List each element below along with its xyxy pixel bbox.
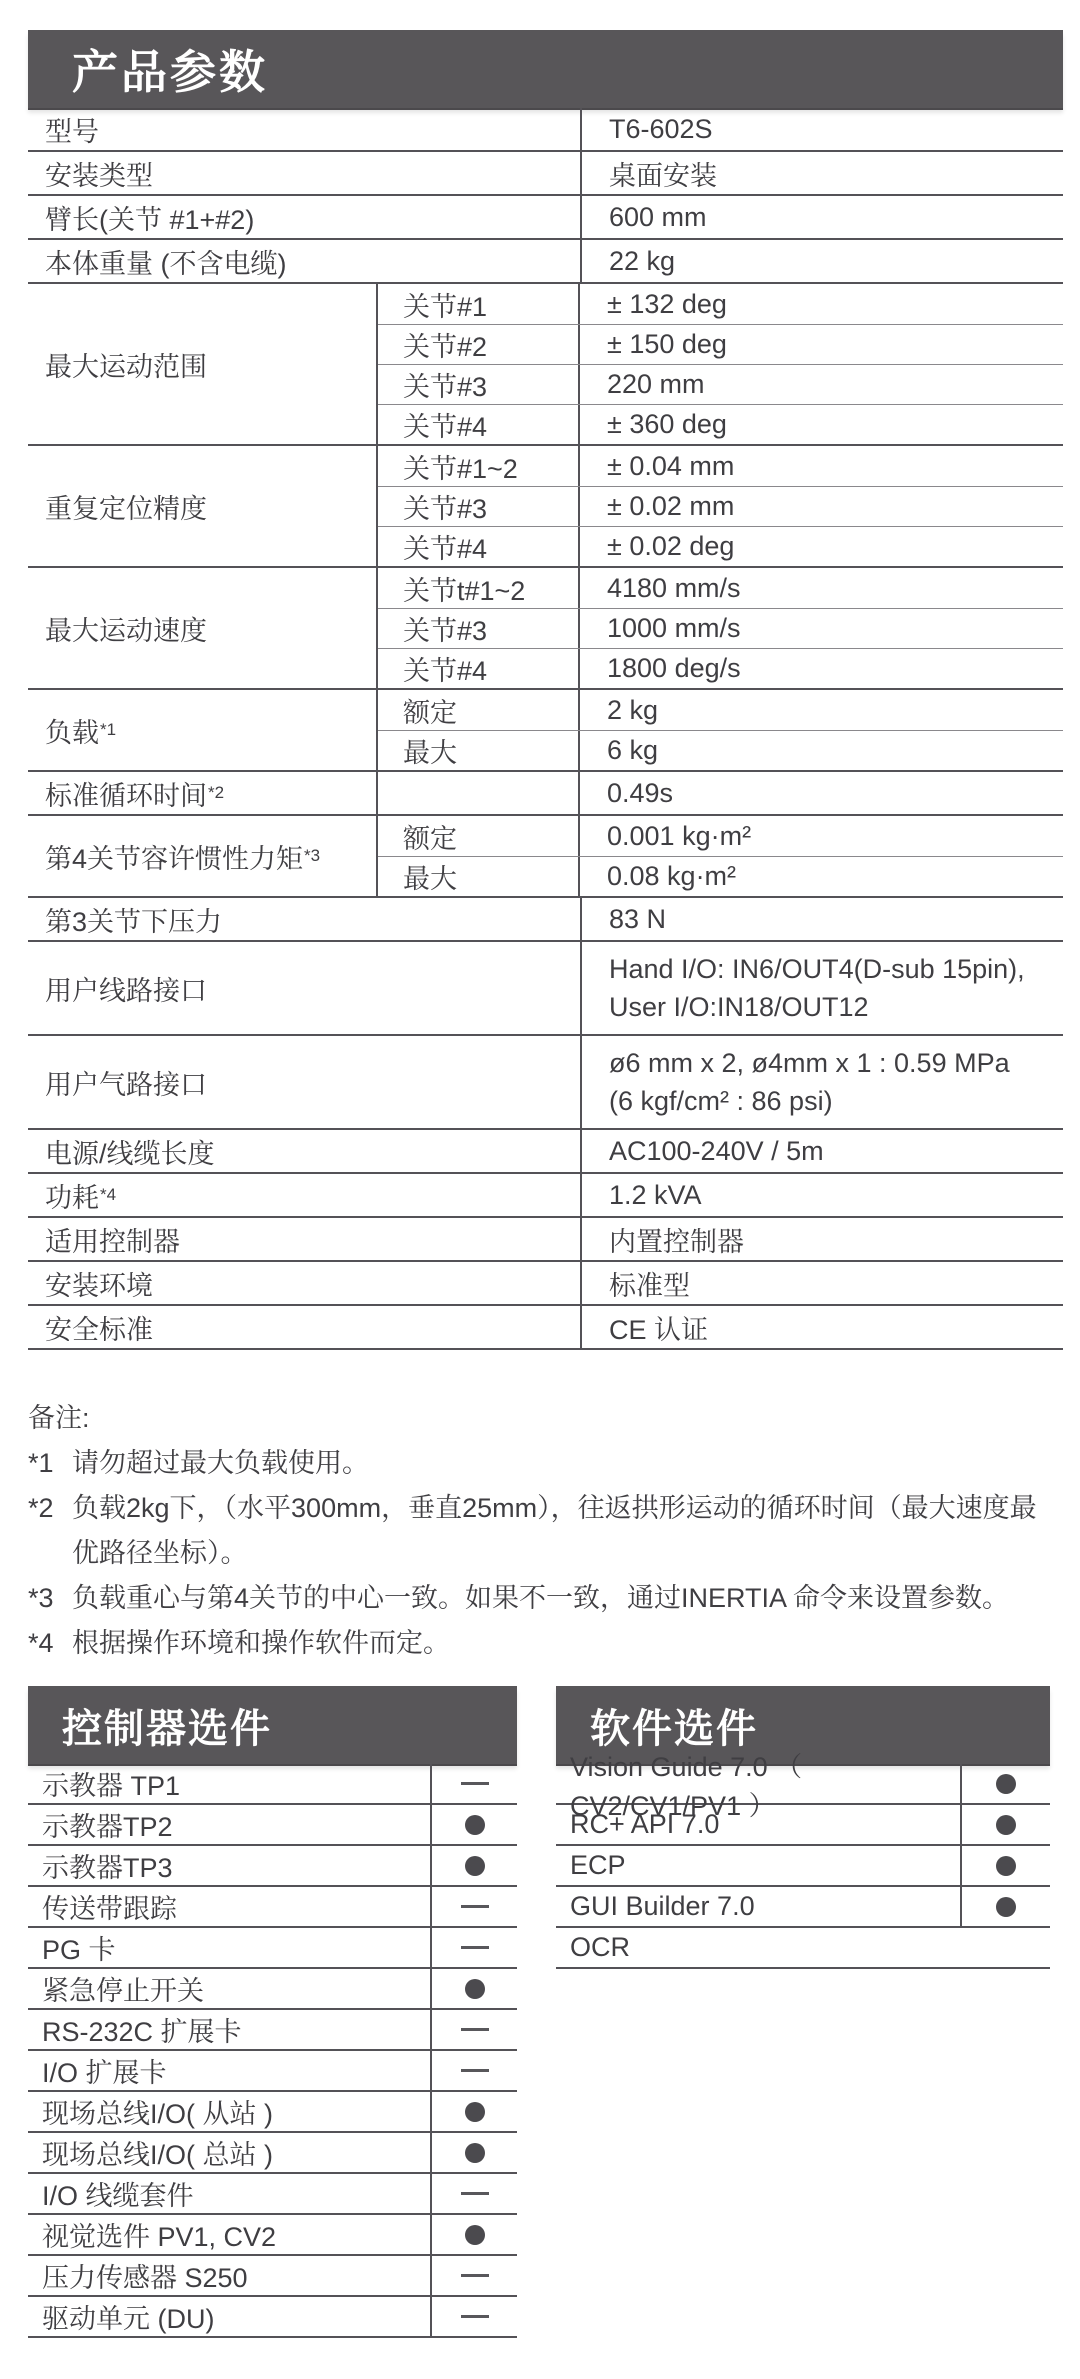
option-row: 示教器TP2 [28, 1805, 517, 1846]
spec-value: ø6 mm x 2, ø4mm x 1 : 0.59 MPa(6 kgf/cm²… [582, 1036, 1063, 1128]
spec-subrow: 额定2 kg [378, 690, 1063, 730]
spec-row: 最大运动速度关节t#1~24180 mm/s关节#31000 mm/s关节#41… [28, 568, 1063, 690]
spec-sub-key: 关节#3 [378, 487, 580, 526]
spec-value: 标准型 [582, 1262, 1063, 1304]
spec-row: 用户气路接口ø6 mm x 2, ø4mm x 1 : 0.59 MPa(6 k… [28, 1036, 1063, 1130]
spec-value: 6 kg [580, 731, 1063, 770]
option-row: 示教器TP3 [28, 1846, 517, 1887]
spec-value: 22 kg [582, 240, 1063, 282]
spec-subrow: 0.49s [378, 772, 1063, 814]
available-dot-icon [996, 1815, 1016, 1835]
spec-value-line: User I/O:IN18/OUT12 [609, 988, 869, 1026]
available-dot-icon [465, 2102, 485, 2122]
notes-title: 备注: [28, 1396, 1063, 1441]
option-mark-cell [962, 1805, 1050, 1844]
spec-row: 功耗*41.2 kVA [28, 1174, 1063, 1218]
spec-subrow: 关节#1± 132 deg [378, 284, 1063, 324]
product-params-title: 产品参数 [72, 36, 268, 102]
spec-row: 适用控制器内置控制器 [28, 1218, 1063, 1262]
spec-sub-key: 关节#3 [378, 365, 580, 404]
option-row: GUI Builder 7.0 [556, 1887, 1050, 1928]
spec-label: 安装类型 [28, 152, 582, 194]
note-text: 根据操作环境和操作软件而定。 [72, 1621, 1063, 1666]
software-options-rows: Vision Guide 7.0 （ CV2/CV1/PV1 ）RC+ API … [556, 1764, 1050, 1969]
spec-sub-key: 额定 [378, 690, 580, 730]
option-mark-cell [962, 1846, 1050, 1885]
option-row: 紧急停止开关 [28, 1969, 517, 2010]
option-mark-cell [432, 1805, 517, 1844]
spec-label: 适用控制器 [28, 1218, 582, 1260]
spec-value: 1000 mm/s [580, 609, 1063, 648]
spec-value: ± 360 deg [580, 405, 1063, 444]
available-dot-icon [465, 1856, 485, 1876]
available-dot-icon [465, 1815, 485, 1835]
spec-row: 第4关节容许惯性力矩*3额定0.001 kg·m²最大0.08 kg·m² [28, 816, 1063, 898]
note-item: *4根据操作环境和操作软件而定。 [28, 1621, 1063, 1666]
option-label: 示教器 TP1 [28, 1764, 432, 1803]
spec-value-line: Hand I/O: IN6/OUT4(D-sub 15pin), [609, 950, 1025, 988]
spec-sub-key [378, 772, 580, 814]
product-params-title-bar: 产品参数 [28, 30, 1063, 108]
option-row: I/O 线缆套件 [28, 2174, 517, 2215]
spec-sub-key: 关节#4 [378, 527, 580, 566]
spec-sub-key: 最大 [378, 731, 580, 770]
spec-value: AC100-240V / 5m [582, 1130, 1063, 1172]
spec-label: 用户线路接口 [28, 942, 582, 1034]
option-label: 现场总线I/O( 从站 ) [28, 2092, 432, 2131]
spec-subrows: 关节#1± 132 deg关节#2± 150 deg关节#3220 mm关节#4… [378, 284, 1063, 444]
option-row: OCR [556, 1928, 1050, 1969]
option-mark-cell [432, 1928, 517, 1967]
option-row: 现场总线I/O( 总站 ) [28, 2133, 517, 2174]
option-label: PG 卡 [28, 1928, 432, 1967]
spec-subrows: 关节#1~2± 0.04 mm关节#3± 0.02 mm关节#4± 0.02 d… [378, 446, 1063, 566]
spec-row: 本体重量 (不含电缆)22 kg [28, 240, 1063, 284]
spec-subrow: 额定0.001 kg·m² [378, 816, 1063, 856]
spec-label: 第4关节容许惯性力矩*3 [28, 816, 378, 896]
available-dot-icon [465, 2143, 485, 2163]
note-marker: *3 [28, 1576, 72, 1621]
option-row: RC+ API 7.0 [556, 1805, 1050, 1846]
option-label: RS-232C 扩展卡 [28, 2010, 432, 2049]
software-options-table: 软件选件 Vision Guide 7.0 （ CV2/CV1/PV1 ）RC+… [556, 1686, 1050, 2338]
option-row: Vision Guide 7.0 （ CV2/CV1/PV1 ） [556, 1764, 1050, 1805]
option-row: 压力传感器 S250 [28, 2256, 517, 2297]
spec-row: 重复定位精度关节#1~2± 0.04 mm关节#3± 0.02 mm关节#4± … [28, 446, 1063, 568]
not-available-dash-icon [461, 2274, 489, 2277]
spec-label: 重复定位精度 [28, 446, 378, 566]
option-mark-cell [432, 2297, 517, 2336]
not-available-dash-icon [461, 2028, 489, 2031]
option-mark-cell [432, 2256, 517, 2295]
not-available-dash-icon [461, 2315, 489, 2318]
spec-label: 最大运动速度 [28, 568, 378, 688]
note-marker: *1 [28, 1441, 72, 1486]
option-label: 示教器TP3 [28, 1846, 432, 1885]
spec-value: CE 认证 [582, 1306, 1063, 1348]
note-marker: *2 [28, 1486, 72, 1531]
spec-subrow: 关节#4± 360 deg [378, 404, 1063, 444]
option-row: ECP [556, 1846, 1050, 1887]
spec-row: 最大运动范围关节#1± 132 deg关节#2± 150 deg关节#3220 … [28, 284, 1063, 446]
option-mark-cell [432, 2092, 517, 2131]
spec-row: 用户线路接口Hand I/O: IN6/OUT4(D-sub 15pin),Us… [28, 942, 1063, 1036]
available-dot-icon [996, 1856, 1016, 1876]
option-mark-cell [432, 1764, 517, 1803]
spec-sub-key: 关节#4 [378, 649, 580, 688]
option-label: RC+ API 7.0 [556, 1805, 962, 1844]
not-available-dash-icon [461, 1946, 489, 1949]
option-mark-cell [432, 1846, 517, 1885]
spec-value: 4180 mm/s [580, 568, 1063, 608]
options-section: 控制器选件 示教器 TP1示教器TP2示教器TP3传送带跟踪PG 卡紧急停止开关… [28, 1686, 1063, 2338]
not-available-dash-icon [461, 1782, 489, 1785]
spec-row: 安装类型桌面安装 [28, 152, 1063, 196]
spec-label: 本体重量 (不含电缆) [28, 240, 582, 282]
option-label: 驱动单元 (DU) [28, 2297, 432, 2336]
spec-subrow: 最大0.08 kg·m² [378, 856, 1063, 896]
spec-value: 1.2 kVA [582, 1174, 1063, 1216]
spec-value: ± 150 deg [580, 325, 1063, 364]
spec-sub-key: 关节#4 [378, 405, 580, 444]
spec-label: 用户气路接口 [28, 1036, 582, 1128]
spec-row: 臂长(关节 #1+#2)600 mm [28, 196, 1063, 240]
spec-value: 600 mm [582, 196, 1063, 238]
spec-subrow: 关节#3± 0.02 mm [378, 486, 1063, 526]
spec-value: ± 0.04 mm [580, 446, 1063, 486]
spec-value: 1800 deg/s [580, 649, 1063, 688]
notes-section: 备注: *1请勿超过最大负载使用。*2负载2kg下，（水平300mm，垂直25m… [28, 1396, 1063, 1666]
available-dot-icon [996, 1897, 1016, 1917]
spec-subrow: 关节t#1~24180 mm/s [378, 568, 1063, 608]
note-item: *2负载2kg下，（水平300mm，垂直25mm），往返拱形运动的循环时间（最大… [28, 1486, 1063, 1576]
option-label: ECP [556, 1846, 962, 1885]
available-dot-icon [465, 1979, 485, 1999]
option-mark-cell [432, 1969, 517, 2008]
spec-label: 安全标准 [28, 1306, 582, 1348]
spec-sub-key: 关节#3 [378, 609, 580, 648]
spec-subrow: 关节#4± 0.02 deg [378, 526, 1063, 566]
spec-subrow: 关节#31000 mm/s [378, 608, 1063, 648]
spec-value: 2 kg [580, 690, 1063, 730]
spec-value: 0.49s [580, 772, 1063, 814]
spec-value: ± 132 deg [580, 284, 1063, 324]
spec-row: 电源/线缆长度AC100-240V / 5m [28, 1130, 1063, 1174]
option-mark-cell [962, 1928, 1050, 1967]
option-mark-cell [432, 1887, 517, 1926]
option-label: 示教器TP2 [28, 1805, 432, 1844]
option-mark-cell [432, 2174, 517, 2213]
spec-value: 0.001 kg·m² [580, 816, 1063, 856]
note-text: 负载重心与第4关节的中心一致。如果不一致，通过INERTIA 命令来设置参数。 [72, 1576, 1063, 1621]
option-row: 现场总线I/O( 从站 ) [28, 2092, 517, 2133]
spec-label: 负载*1 [28, 690, 378, 770]
option-row: I/O 扩展卡 [28, 2051, 517, 2092]
option-mark-cell [432, 2133, 517, 2172]
spec-row: 标准循环时间*20.49s [28, 772, 1063, 816]
spec-sub-key: 关节t#1~2 [378, 568, 580, 608]
spec-value: 0.08 kg·m² [580, 857, 1063, 896]
option-label: 紧急停止开关 [28, 1969, 432, 2008]
spec-row: 负载*1额定2 kg最大6 kg [28, 690, 1063, 772]
spec-value: ± 0.02 mm [580, 487, 1063, 526]
option-label: Vision Guide 7.0 （ CV2/CV1/PV1 ） [556, 1764, 962, 1803]
option-row: 视觉选件 PV1, CV2 [28, 2215, 517, 2256]
spec-label: 标准循环时间*2 [28, 772, 378, 814]
option-label: GUI Builder 7.0 [556, 1887, 962, 1926]
spec-value-line: ø6 mm x 2, ø4mm x 1 : 0.59 MPa [609, 1044, 1010, 1082]
option-label: 传送带跟踪 [28, 1887, 432, 1926]
option-mark-cell [962, 1887, 1050, 1926]
not-available-dash-icon [461, 2069, 489, 2072]
note-item: *3负载重心与第4关节的中心一致。如果不一致，通过INERTIA 命令来设置参数… [28, 1576, 1063, 1621]
spec-label: 第3关节下压力 [28, 898, 582, 940]
controller-options-title-bar: 控制器选件 [28, 1686, 517, 1764]
available-dot-icon [996, 1774, 1016, 1794]
option-row: PG 卡 [28, 1928, 517, 1969]
note-item: *1请勿超过最大负载使用。 [28, 1441, 1063, 1486]
spec-subrows: 0.49s [378, 772, 1063, 814]
available-dot-icon [465, 2225, 485, 2245]
spec-label: 型号 [28, 108, 582, 150]
spec-sub-key: 额定 [378, 816, 580, 856]
spec-table: 型号T6-602S安装类型桌面安装臂长(关节 #1+#2)600 mm本体重量 … [28, 108, 1063, 1350]
option-label: I/O 线缆套件 [28, 2174, 432, 2213]
option-label: 视觉选件 PV1, CV2 [28, 2215, 432, 2254]
spec-label: 安装环境 [28, 1262, 582, 1304]
spec-value: 220 mm [580, 365, 1063, 404]
option-row: 传送带跟踪 [28, 1887, 517, 1928]
note-text: 负载2kg下，（水平300mm，垂直25mm），往返拱形运动的循环时间（最大速度… [72, 1486, 1063, 1576]
spec-row: 型号T6-602S [28, 108, 1063, 152]
spec-sub-key: 最大 [378, 857, 580, 896]
spec-subrows: 关节t#1~24180 mm/s关节#31000 mm/s关节#41800 de… [378, 568, 1063, 688]
controller-options-table: 控制器选件 示教器 TP1示教器TP2示教器TP3传送带跟踪PG 卡紧急停止开关… [28, 1686, 517, 2338]
spec-value: ± 0.02 deg [580, 527, 1063, 566]
spec-value: Hand I/O: IN6/OUT4(D-sub 15pin),User I/O… [582, 942, 1063, 1034]
spec-label: 功耗*4 [28, 1174, 582, 1216]
spec-value: 内置控制器 [582, 1218, 1063, 1260]
spec-row: 安全标准CE 认证 [28, 1306, 1063, 1350]
option-row: 示教器 TP1 [28, 1764, 517, 1805]
option-label: 压力传感器 S250 [28, 2256, 432, 2295]
spec-value-line: (6 kgf/cm² : 86 psi) [609, 1082, 833, 1120]
spec-value: 83 N [582, 898, 1063, 940]
spec-subrow: 关节#41800 deg/s [378, 648, 1063, 688]
spec-subrow: 最大6 kg [378, 730, 1063, 770]
controller-options-rows: 示教器 TP1示教器TP2示教器TP3传送带跟踪PG 卡紧急停止开关RS-232… [28, 1764, 517, 2338]
option-label: I/O 扩展卡 [28, 2051, 432, 2090]
option-mark-cell [432, 2051, 517, 2090]
controller-options-title: 控制器选件 [62, 1697, 272, 1754]
option-label: 现场总线I/O( 总站 ) [28, 2133, 432, 2172]
option-mark-cell [962, 1764, 1050, 1803]
spec-sheet-page: 产品参数 型号T6-602S安装类型桌面安装臂长(关节 #1+#2)600 mm… [28, 30, 1063, 1666]
spec-value: 桌面安装 [582, 152, 1063, 194]
option-mark-cell [432, 2010, 517, 2049]
option-row: RS-232C 扩展卡 [28, 2010, 517, 2051]
spec-subrow: 关节#3220 mm [378, 364, 1063, 404]
notes-list: *1请勿超过最大负载使用。*2负载2kg下，（水平300mm，垂直25mm），往… [28, 1441, 1063, 1666]
spec-label: 电源/线缆长度 [28, 1130, 582, 1172]
spec-subrow: 关节#2± 150 deg [378, 324, 1063, 364]
spec-sub-key: 关节#1 [378, 284, 580, 324]
not-available-dash-icon [461, 2192, 489, 2195]
option-row: 驱动单元 (DU) [28, 2297, 517, 2338]
note-marker: *4 [28, 1621, 72, 1666]
spec-subrow: 关节#1~2± 0.04 mm [378, 446, 1063, 486]
option-mark-cell [432, 2215, 517, 2254]
spec-row: 安装环境标准型 [28, 1262, 1063, 1306]
spec-label: 臂长(关节 #1+#2) [28, 196, 582, 238]
spec-sub-key: 关节#2 [378, 325, 580, 364]
not-available-dash-icon [461, 1905, 489, 1908]
spec-label: 最大运动范围 [28, 284, 378, 444]
note-text: 请勿超过最大负载使用。 [72, 1441, 1063, 1486]
option-label: OCR [556, 1928, 962, 1967]
spec-sub-key: 关节#1~2 [378, 446, 580, 486]
spec-subrows: 额定0.001 kg·m²最大0.08 kg·m² [378, 816, 1063, 896]
spec-value: T6-602S [582, 108, 1063, 150]
spec-subrows: 额定2 kg最大6 kg [378, 690, 1063, 770]
spec-row: 第3关节下压力83 N [28, 898, 1063, 942]
